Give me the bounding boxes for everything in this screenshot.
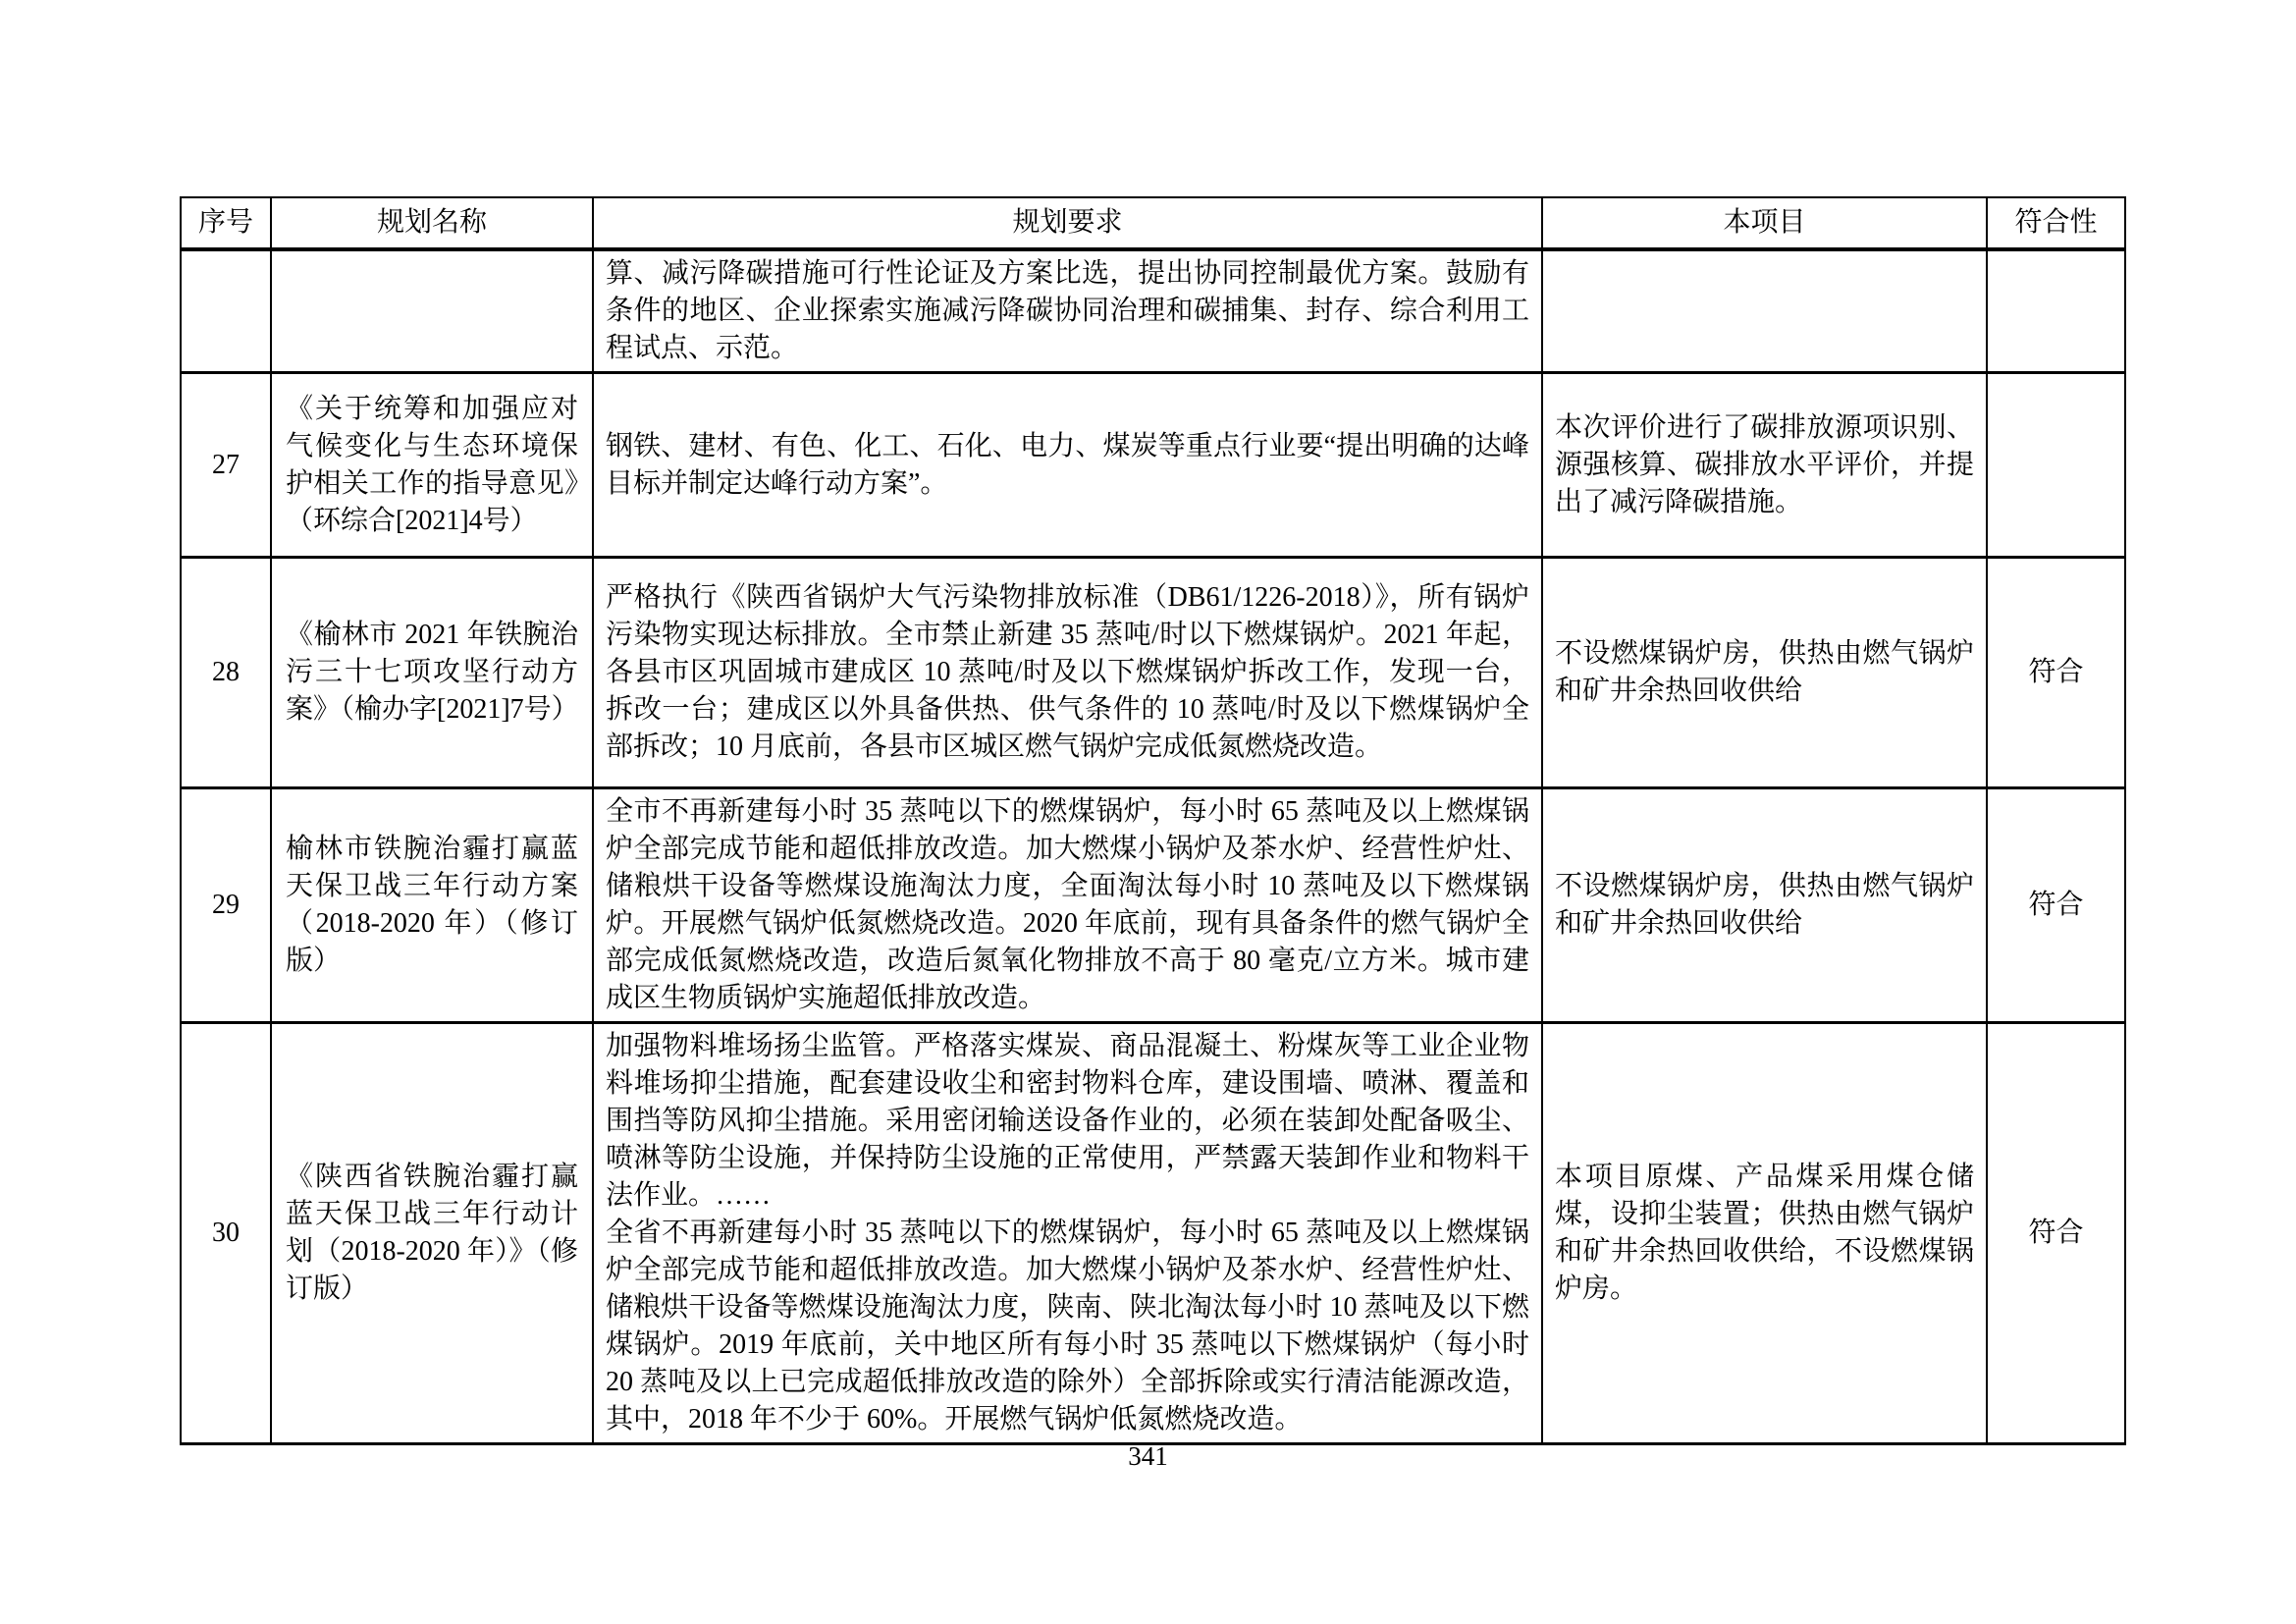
col-header-requirement: 规划要求: [593, 197, 1542, 249]
requirement-paragraph: 钢铁、建材、有色、化工、石化、电力、煤炭等重点行业要“提出明确的达峰目标并制定达…: [606, 428, 1529, 503]
cell-seq: [181, 249, 271, 373]
page-number: 341: [0, 1441, 2296, 1472]
table-row-continuation: 算、减污降碳措施可行性论证及方案比选，提出协同控制最优方案。鼓励有条件的地区、企…: [181, 249, 2125, 373]
cell-project: 不设燃煤锅炉房，供热由燃气锅炉和矿井余热回收供给: [1542, 788, 1987, 1023]
cell-plan-name: 《陕西省铁腕治霾打赢蓝天保卫战三年行动计划（2018-2020 年）》（修订版）: [271, 1023, 593, 1444]
cell-requirement: 严格执行《陕西省锅炉大气污染物排放标准（DB61/1226-2018）》，所有锅…: [593, 558, 1542, 788]
col-header-seq: 序号: [181, 197, 271, 249]
cell-project: 本次评价进行了碳排放源项识别、源强核算、碳排放水平评价，并提出了减污降碳措施。: [1542, 373, 1987, 558]
table-row-29: 29 榆林市铁腕治霾打赢蓝天保卫战三年行动方案（2018-2020 年）（修订版…: [181, 788, 2125, 1023]
cell-compliance: 符合: [1987, 788, 2125, 1023]
table-header-row: 序号 规划名称 规划要求 本项目 符合性: [181, 197, 2125, 249]
requirement-paragraph: 算、减污降碳措施可行性论证及方案比选，提出协同控制最优方案。鼓励有条件的地区、企…: [606, 255, 1529, 367]
cell-project: 不设燃煤锅炉房，供热由燃气锅炉和矿井余热回收供给: [1542, 558, 1987, 788]
col-header-compliance: 符合性: [1987, 197, 2125, 249]
cell-requirement: 算、减污降碳措施可行性论证及方案比选，提出协同控制最优方案。鼓励有条件的地区、企…: [593, 249, 1542, 373]
cell-compliance: 符合: [1987, 558, 2125, 788]
table-row-28: 28 《榆林市 2021 年铁腕治污三十七项攻坚行动方案》（榆办字[2021]7…: [181, 558, 2125, 788]
cell-seq: 30: [181, 1023, 271, 1444]
col-header-project: 本项目: [1542, 197, 1987, 249]
cell-compliance: [1987, 249, 2125, 373]
table-row-30: 30 《陕西省铁腕治霾打赢蓝天保卫战三年行动计划（2018-2020 年）》（修…: [181, 1023, 2125, 1444]
cell-seq: 28: [181, 558, 271, 788]
requirement-paragraph: 加强物料堆场扬尘监管。严格落实煤炭、商品混凝土、粉煤灰等工业企业物料堆场抑尘措施…: [606, 1028, 1529, 1215]
cell-project: 本项目原煤、产品煤采用煤仓储煤，设抑尘装置；供热由燃气锅炉和矿井余热回收供给，不…: [1542, 1023, 1987, 1444]
cell-plan-name: 榆林市铁腕治霾打赢蓝天保卫战三年行动方案（2018-2020 年）（修订版）: [271, 788, 593, 1023]
cell-compliance: [1987, 373, 2125, 558]
cell-plan-name: 《榆林市 2021 年铁腕治污三十七项攻坚行动方案》（榆办字[2021]7号）: [271, 558, 593, 788]
cell-compliance: 符合: [1987, 1023, 2125, 1444]
cell-requirement: 加强物料堆场扬尘监管。严格落实煤炭、商品混凝土、粉煤灰等工业企业物料堆场抑尘措施…: [593, 1023, 1542, 1444]
cell-seq: 29: [181, 788, 271, 1023]
requirement-paragraph: 全市不再新建每小时 35 蒸吨以下的燃煤锅炉，每小时 65 蒸吨及以上燃煤锅炉全…: [606, 793, 1529, 1017]
cell-project: [1542, 249, 1987, 373]
cell-plan-name: [271, 249, 593, 373]
requirement-paragraph: 全省不再新建每小时 35 蒸吨以下的燃煤锅炉，每小时 65 蒸吨及以上燃煤锅炉全…: [606, 1215, 1529, 1438]
cell-seq: 27: [181, 373, 271, 558]
document-page: 序号 规划名称 规划要求 本项目 符合性 算、减污降碳措施可行性论证及方案比选，…: [0, 0, 2296, 1624]
cell-requirement: 全市不再新建每小时 35 蒸吨以下的燃煤锅炉，每小时 65 蒸吨及以上燃煤锅炉全…: [593, 788, 1542, 1023]
cell-requirement: 钢铁、建材、有色、化工、石化、电力、煤炭等重点行业要“提出明确的达峰目标并制定达…: [593, 373, 1542, 558]
table-row-27: 27 《关于统筹和加强应对气候变化与生态环境保护相关工作的指导意见》（环综合[2…: [181, 373, 2125, 558]
cell-plan-name: 《关于统筹和加强应对气候变化与生态环境保护相关工作的指导意见》（环综合[2021…: [271, 373, 593, 558]
plan-compliance-table: 序号 规划名称 规划要求 本项目 符合性 算、减污降碳措施可行性论证及方案比选，…: [180, 196, 2126, 1445]
col-header-plan-name: 规划名称: [271, 197, 593, 249]
requirement-paragraph: 严格执行《陕西省锅炉大气污染物排放标准（DB61/1226-2018）》，所有锅…: [606, 579, 1529, 766]
